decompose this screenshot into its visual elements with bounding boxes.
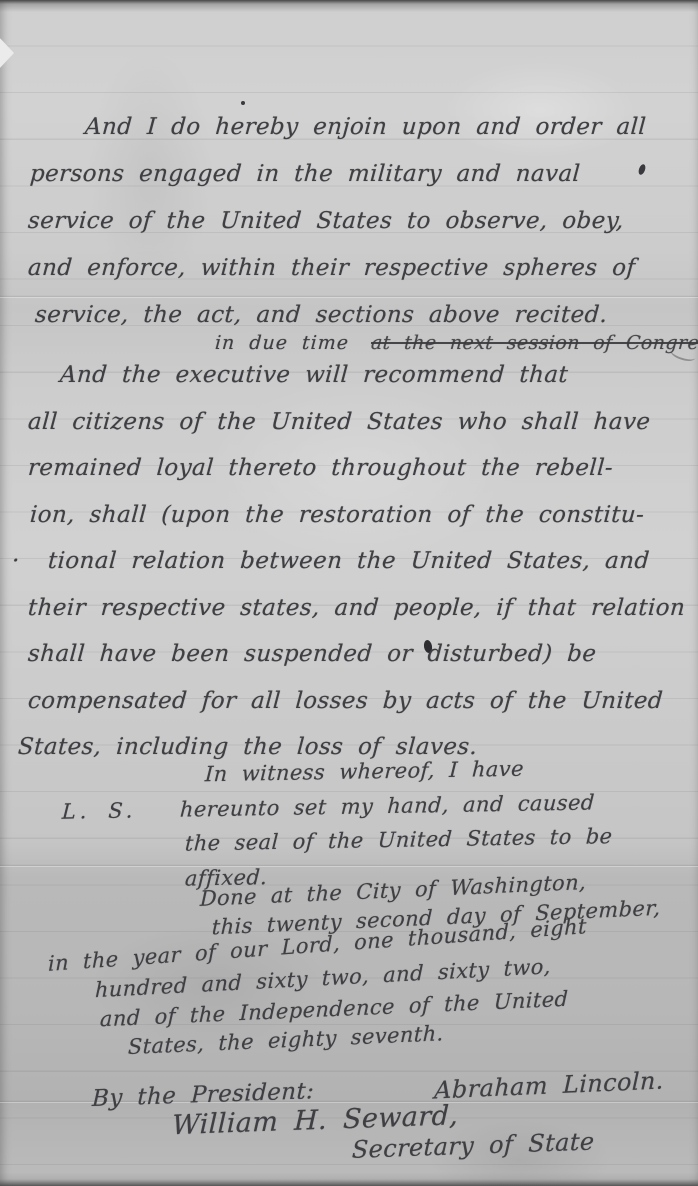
manuscript-line: their respective states, and people, if … [0, 585, 698, 632]
handwritten-text: their respective states, and people, if … [26, 585, 686, 632]
seal-notation: L. S. [61, 792, 181, 829]
manuscript-line: ion, shall (upon the restoration of the … [0, 492, 698, 539]
handwritten-text: remained loyal thereto throughout the re… [26, 445, 614, 492]
manuscript-line: ·tional relation between the United Stat… [0, 538, 698, 585]
handwritten-text: and enforce, within their respective sph… [26, 245, 637, 292]
manuscript-line: And I do hereby enjoin upon and order al… [0, 104, 698, 151]
handwritten-text: · [10, 538, 49, 585]
handwritten-text: And the executive will recommend that [58, 352, 569, 399]
handwritten-text: service of the United States to observe,… [26, 198, 625, 245]
handwritten-text: compensated for all losses by acts of th… [26, 678, 664, 725]
manuscript-line: persons engaged in the military and nava… [0, 151, 698, 198]
manuscript-line: all citizens of the United States who sh… [0, 399, 698, 446]
handwritten-text: persons engaged in the military and nava… [28, 151, 582, 198]
manuscript-line: compensated for all losses by acts of th… [0, 678, 698, 725]
section-recommend-paragraph: And the executive will recommend thatall… [0, 352, 698, 771]
handwritten-text: In witness whereof, I have [204, 752, 525, 792]
manuscript-line: shall have been suspended or disturbed) … [0, 631, 698, 678]
section-countersignature: By the President:William H. Seward,Secre… [0, 1083, 698, 1173]
manuscript-line: service of the United States to observe,… [0, 198, 698, 245]
manuscript-line: remained loyal thereto throughout the re… [0, 445, 698, 492]
handwritten-text: shall have been suspended or disturbed) … [26, 631, 598, 678]
handwritten-text: all citizens of the United States who sh… [26, 399, 652, 446]
scan-edge-tear [0, 36, 14, 70]
manuscript-line: and enforce, within their respective sph… [0, 245, 698, 292]
handwritten-text: ion, shall (upon the restoration of the … [28, 492, 646, 539]
section-enjoin-paragraph: And I do hereby enjoin upon and order al… [0, 104, 698, 339]
handwritten-text: tional relation between the United State… [46, 538, 651, 585]
manuscript-line: And the executive will recommend that [0, 352, 698, 399]
section-attestation: Done at the City of Washington,this twen… [0, 891, 698, 1094]
handwritten-text: And I do hereby enjoin upon and order al… [83, 104, 647, 151]
manuscript-page: And I do hereby enjoin upon and order al… [0, 0, 698, 1186]
